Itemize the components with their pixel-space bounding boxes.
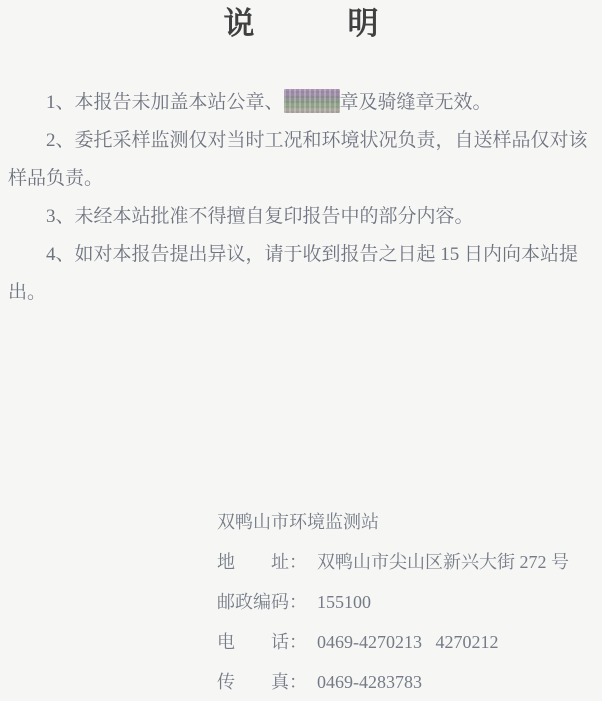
phone-label: 电话 [217, 622, 289, 662]
address-value: 双鸭山市尖山区新兴大街 272 号 [317, 552, 569, 572]
note-item-2: 2、委托采样监测仅对当时工况和环境状况负责，自送样品仅对该样品负责。 [8, 122, 600, 198]
note-item-4: 4、如对本报告提出异议，请于收到报告之日起 15 日内向本站提出。 [8, 236, 600, 312]
note-1-text-after: 章及骑缝章无效。 [340, 92, 492, 113]
address-label: 地址 [217, 542, 289, 582]
contact-row-fax: 传真：0469-4283783 [217, 662, 569, 701]
postcode-colon: ： [289, 592, 307, 612]
report-notes-page: 说 明 1、本报告未加盖本站公章、章及骑缝章无效。 2、委托采样监测仅对当时工况… [0, 0, 602, 701]
phone-value: 0469-4270213 4270212 [317, 632, 499, 652]
notes-section: 1、本报告未加盖本站公章、章及骑缝章无效。 2、委托采样监测仅对当时工况和环境状… [8, 84, 600, 312]
fax-colon: ： [289, 672, 307, 692]
page-title: 说 明 [0, 5, 602, 43]
contact-row-postcode: 邮政编码：155100 [217, 582, 569, 622]
contact-row-phone: 电话：0469-4270213 4270212 [217, 622, 569, 662]
address-colon: ： [289, 552, 307, 572]
phone-colon: ： [289, 632, 307, 652]
postcode-label: 邮政编码 [217, 582, 289, 622]
org-name: 双鸭山市环境监测站 [217, 502, 569, 542]
note-1-text-before: 1、本报告未加盖本站公章、 [46, 92, 284, 113]
redacted-seal-name-block [284, 89, 340, 113]
contact-block: 双鸭山市环境监测站 地址：双鸭山市尖山区新兴大街 272 号 邮政编码：1551… [217, 502, 569, 701]
note-item-3: 3、未经本站批准不得擅自复印报告中的部分内容。 [8, 198, 600, 236]
fax-label: 传真 [217, 662, 289, 701]
note-item-1: 1、本报告未加盖本站公章、章及骑缝章无效。 [8, 84, 600, 122]
contact-row-address: 地址：双鸭山市尖山区新兴大街 272 号 [217, 542, 569, 582]
postcode-value: 155100 [317, 592, 371, 612]
fax-value: 0469-4283783 [317, 672, 422, 692]
